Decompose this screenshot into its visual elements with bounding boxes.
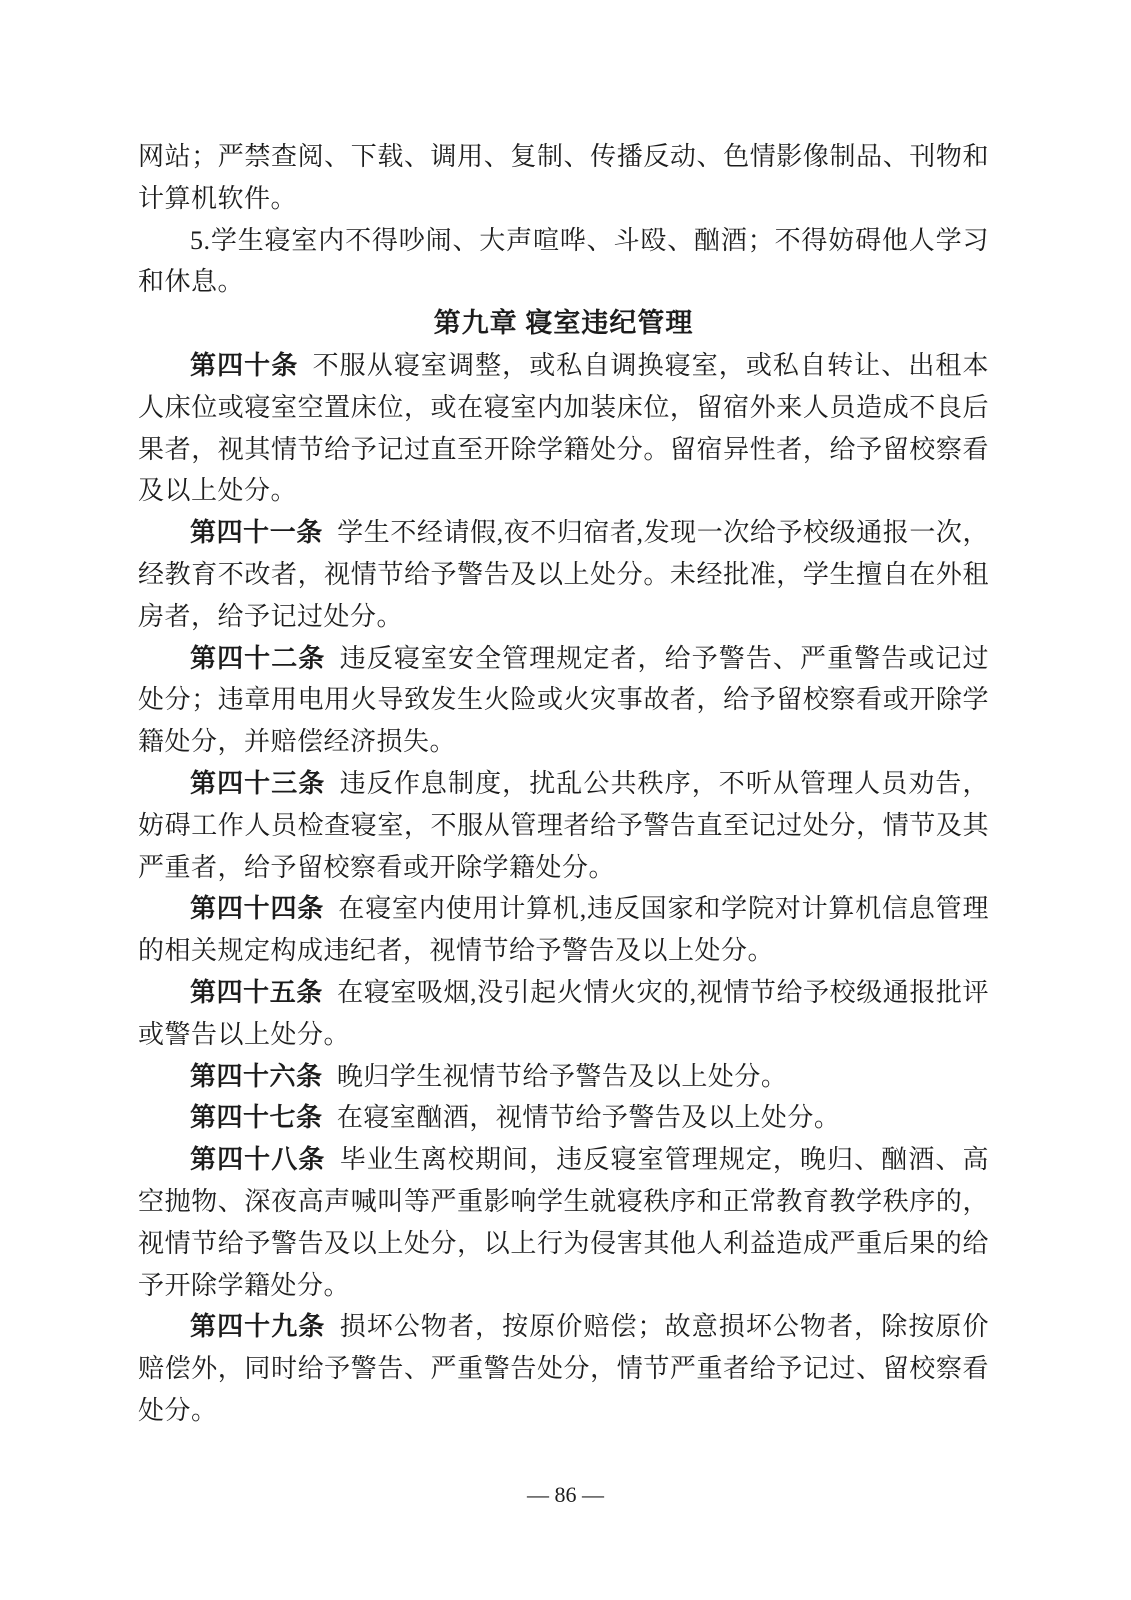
chapter-heading: 第九章 寝室违纪管理	[138, 303, 989, 345]
article-48-number: 第四十八条	[190, 1145, 325, 1174]
article-41: 第四十一条学生不经请假,夜不归宿者,发现一次给予校级通报一次，经教育不改者，视情…	[138, 512, 989, 637]
article-47-text: 在寝室酗酒，视情节给予警告及以上处分。	[337, 1103, 841, 1132]
article-48: 第四十八条毕业生离校期间，违反寝室管理规定，晚归、酗酒、高空抛物、深夜高声喊叫等…	[138, 1139, 989, 1306]
article-42-number: 第四十二条	[190, 644, 325, 673]
article-47-number: 第四十七条	[190, 1103, 323, 1132]
article-47: 第四十七条在寝室酗酒，视情节给予警告及以上处分。	[138, 1097, 989, 1139]
article-45: 第四十五条在寝室吸烟,没引起火情火灾的,视情节给予校级通报批评或警告以上处分。	[138, 972, 989, 1056]
article-44-number: 第四十四条	[190, 894, 324, 923]
article-49-number: 第四十九条	[190, 1312, 325, 1341]
paragraph-continuation: 网站；严禁查阅、下载、调用、复制、传播反动、色情影像制品、刊物和计算机软件。	[138, 136, 989, 220]
article-41-number: 第四十一条	[190, 518, 323, 547]
article-40-number: 第四十条	[190, 351, 298, 380]
page-number: — 86 —	[0, 1480, 1131, 1510]
article-43: 第四十三条违反作息制度，扰乱公共秩序，不听从管理人员劝告，妨碍工作人员检查寝室，…	[138, 763, 989, 888]
article-45-number: 第四十五条	[190, 978, 323, 1007]
paragraph-item-5: 5.学生寝室内不得吵闹、大声喧哗、斗殴、酗酒；不得妨碍他人学习和休息。	[138, 220, 989, 304]
article-42: 第四十二条违反寝室安全管理规定者，给予警告、严重警告或记过处分；违章用电用火导致…	[138, 638, 989, 763]
article-46-number: 第四十六条	[190, 1062, 323, 1091]
article-43-number: 第四十三条	[190, 769, 325, 798]
article-40: 第四十条不服从寝室调整，或私自调换寝室，或私自转让、出租本人床位或寝室空置床位，…	[138, 345, 989, 512]
article-46-text: 晚归学生视情节给予警告及以上处分。	[337, 1062, 788, 1091]
article-49: 第四十九条损坏公物者，按原价赔偿；故意损坏公物者，除按原价赔偿外，同时给予警告、…	[138, 1306, 989, 1431]
article-44: 第四十四条在寝室内使用计算机,违反国家和学院对计算机信息管理的相关规定构成违纪者…	[138, 888, 989, 972]
document-body: 网站；严禁查阅、下载、调用、复制、传播反动、色情影像制品、刊物和计算机软件。 5…	[138, 136, 989, 1432]
article-46: 第四十六条晚归学生视情节给予警告及以上处分。	[138, 1056, 989, 1098]
document-page: 网站；严禁查阅、下载、调用、复制、传播反动、色情影像制品、刊物和计算机软件。 5…	[0, 0, 1131, 1600]
